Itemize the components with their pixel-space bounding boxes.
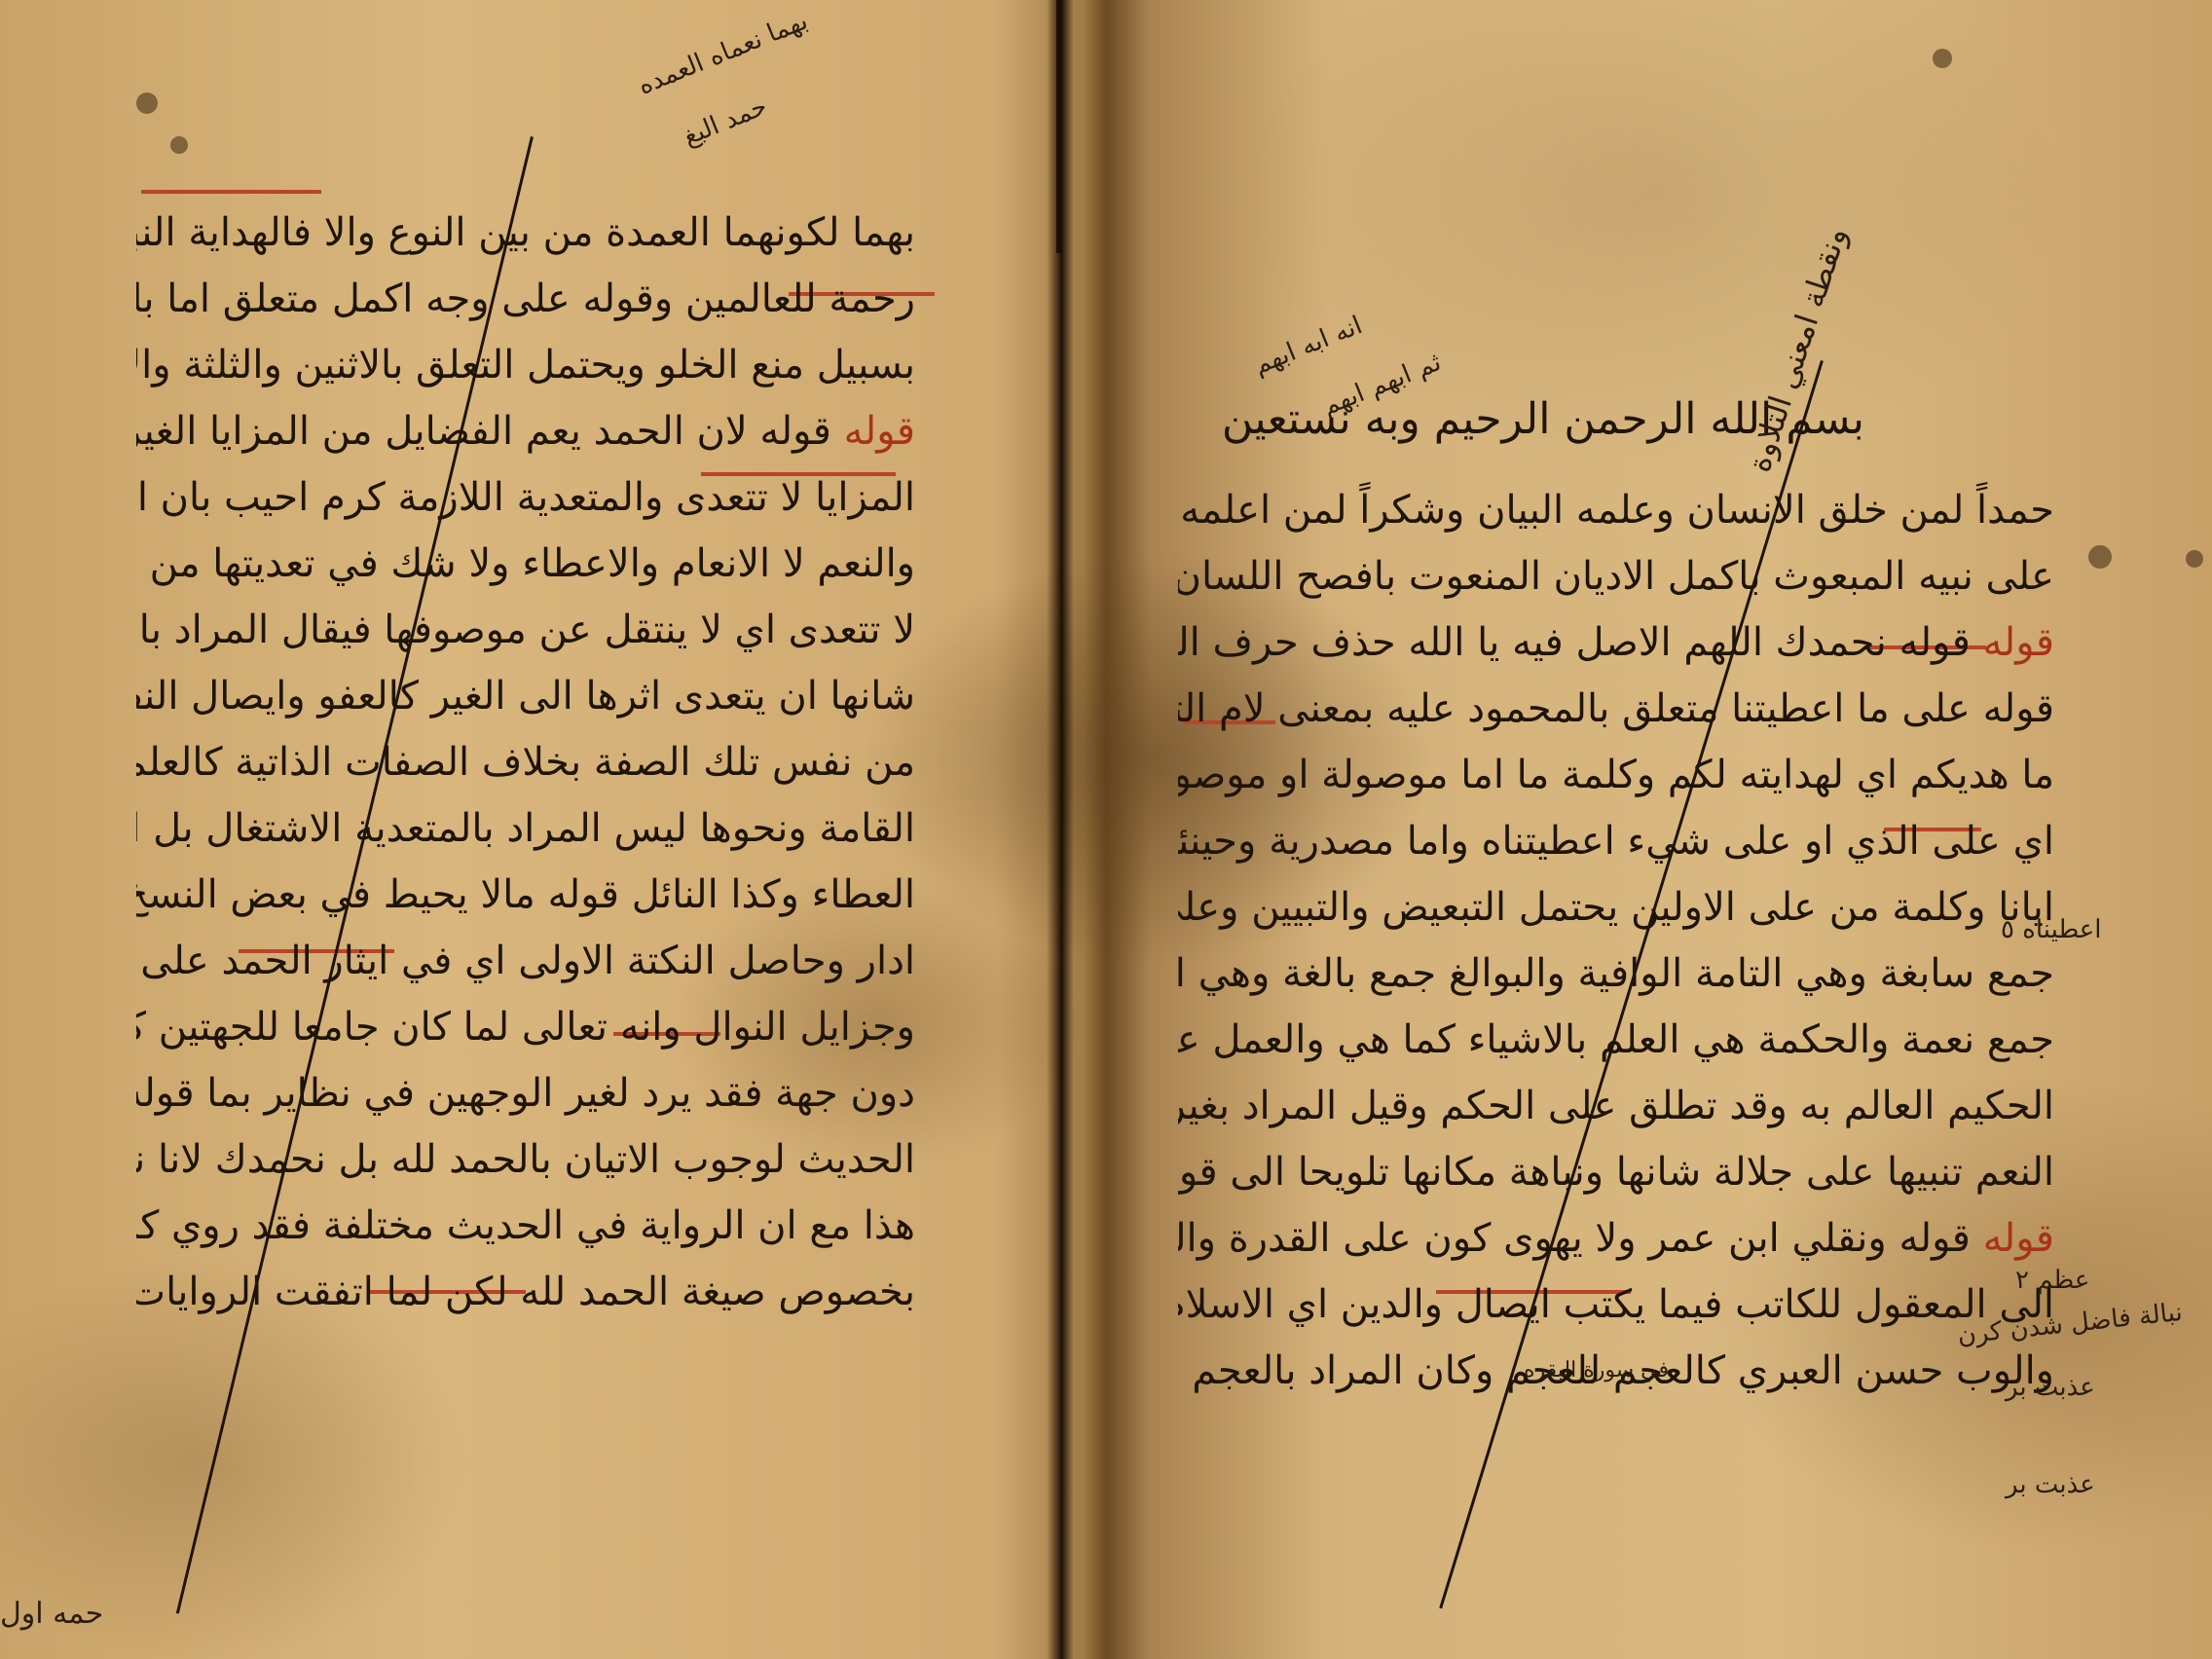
right-top-note: انه ابه ابهم <box>1250 311 1367 381</box>
right-page: انه ابه ابهم ثم ابهم ابهم بسم الله الرحم… <box>1066 0 2212 1659</box>
text-line: قوله قوله لان الحمد يعم الفضايل من المزا… <box>136 398 915 464</box>
outer-margin-note: عذبت بر <box>2006 1470 2095 1499</box>
text-line: رحمة للعالمين وقوله على وجه اكمل متعلق ا… <box>136 266 915 332</box>
bottom-margin-note: حمه اول <box>0 1597 103 1631</box>
rubric-word: قوله <box>1983 620 2054 665</box>
left-page: بهما نعماه العمده حمد البغ بهما لكونهما … <box>0 0 1056 1659</box>
text-line: والنعم لا الانعام والاعطاء ولا شك في تعد… <box>136 531 915 597</box>
text-line: الحديث لوجوب الاتيان بالحمد لله بل نحمدك… <box>136 1126 915 1193</box>
stain <box>2088 545 2112 569</box>
text-line: قوله قوله نحمدك اللهم الاصل فيه يا الله … <box>1178 609 2054 676</box>
spine-crack <box>1056 0 1062 253</box>
text-line: دون جهة فقد يرد لغير الوجهين في نظاير بم… <box>136 1060 915 1126</box>
text-line: شانها ان يتعدى اثرها الى الغير كالعفو وا… <box>136 663 915 729</box>
text-line: هذا مع ان الرواية في الحديث مختلفة فقد ر… <box>136 1193 915 1259</box>
outer-margin-note: اعطيناه ٥ <box>2001 915 2102 944</box>
text-line: اي على الذي او على شيء اعطيتناه واما مصد… <box>1178 808 2054 874</box>
rubric-word: قوله <box>1983 1216 2054 1261</box>
stain <box>136 92 158 114</box>
text-line: المزايا لا تتعدى والمتعدية اللازمة كرم ا… <box>136 464 915 531</box>
stain <box>170 136 188 154</box>
text-line: ايانا وكلمة من على الاولين يحتمل التبعيض… <box>1178 874 2054 940</box>
text-line: بسبيل منع الخلو ويحتمل التعلق بالاثنين و… <box>136 332 915 398</box>
text-line: وجزايل النوال وانه تعالى لما كان جامعا ل… <box>136 994 915 1060</box>
left-main-text: بهما لكونهما العمدة من بين النوع والا فا… <box>136 200 915 1325</box>
text-line: النعم تنبيها على جلالة شانها ونباهة مكان… <box>1178 1139 2054 1205</box>
text-line: قوله قوله ونقلي ابن عمر ولا يهوى كون على… <box>1178 1205 2054 1272</box>
text-line: حمداً لمن خلق الانسان وعلمه البيان وشكرا… <box>1178 477 2054 543</box>
stain <box>1933 49 1952 68</box>
manuscript-spread: بهما نعماه العمده حمد البغ بهما لكونهما … <box>0 0 2212 1659</box>
left-top-note: حمد البغ <box>680 92 772 151</box>
outer-margin-note: عذبت بر <box>2006 1373 2095 1402</box>
text-line: جمع نعمة والحكمة هي العلم بالاشياء كما ه… <box>1178 1007 2054 1073</box>
text-line: من نفس تلك الصفة بخلاف الصفات الذاتية كا… <box>136 729 915 795</box>
text-line: على نبيه المبعوث باكمل الاديان المنعوت ب… <box>1178 543 2054 609</box>
text-line: لا تتعدى اي لا ينتقل عن موصوفها فيقال ال… <box>136 597 915 663</box>
text-line: ادار وحاصل النكتة الاولى اي في ايثار الح… <box>136 928 915 994</box>
rubric-word: قوله <box>844 409 915 454</box>
inline-note: في سورة البقره <box>1524 1358 1669 1382</box>
text-line: قوله على ما اعطيتنا متعلق بالمحمود عليه … <box>1178 676 2054 742</box>
text-line: بهما لكونهما العمدة من بين النوع والا فا… <box>136 200 915 266</box>
text-line: العطاء وكذا النائل قوله مالا يحيط في بعض… <box>136 862 915 928</box>
outer-margin-note: عظم ٢ <box>2015 1266 2089 1295</box>
rubric-rule <box>141 190 321 194</box>
text-line: ما هديكم اي لهدايته لكم وكلمة ما اما موص… <box>1178 742 2054 808</box>
left-top-note: بهما نعماه العمده <box>634 6 812 100</box>
text-line: الى المعقول للكاتب فيما يكتب ايصال والدي… <box>1178 1272 2054 1338</box>
right-main-text: حمداً لمن خلق الانسان وعلمه البيان وشكرا… <box>1178 477 2054 1404</box>
stain <box>2186 550 2203 568</box>
text-line: القامة ونحوها ليس المراد بالمتعدية الاشت… <box>136 795 915 862</box>
text-line: جمع سابغة وهي التامة الوافية والبوالغ جم… <box>1178 940 2054 1007</box>
text-line: الحكيم العالم به وقد تطلق على الحكم وقيل… <box>1178 1073 2054 1139</box>
